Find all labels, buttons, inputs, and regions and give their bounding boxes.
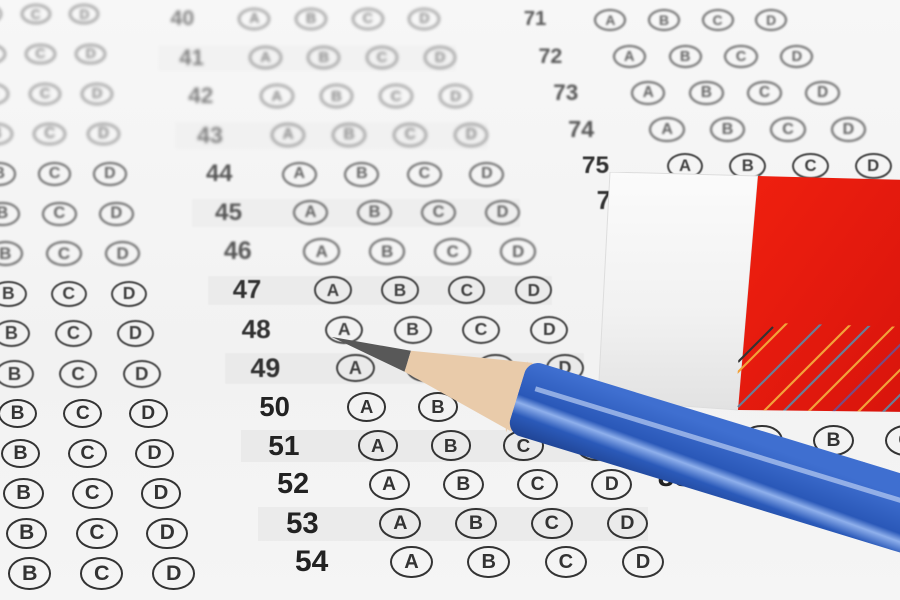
answer-bubble-b[interactable]: B: [344, 162, 379, 187]
partial-row: BCD: [0, 281, 147, 307]
partial-row: BCD: [0, 162, 127, 186]
question-number: 54: [266, 545, 328, 579]
answer-bubble-c[interactable]: C: [379, 84, 413, 108]
answer-bubble-b[interactable]: B: [307, 46, 340, 69]
answer-bubble-c[interactable]: C: [46, 241, 81, 266]
answer-bubble-d[interactable]: D: [141, 478, 182, 509]
answer-bubble-b[interactable]: B: [418, 392, 458, 422]
answer-bubble-c[interactable]: C: [59, 360, 97, 388]
answer-bubble-c[interactable]: C: [38, 162, 72, 186]
answer-bubble-d[interactable]: D: [515, 276, 552, 303]
question-row: 53ABCD: [258, 507, 648, 541]
answer-bubble-a[interactable]: A: [358, 430, 398, 460]
answer-bubble-b[interactable]: B: [0, 44, 6, 65]
answer-bubble-d[interactable]: D: [561, 392, 601, 422]
answer-bubble-d[interactable]: D: [805, 81, 839, 105]
answer-bubble-a[interactable]: A: [293, 200, 329, 226]
answer-bubble-d[interactable]: D: [152, 557, 195, 590]
partial-row: BCD: [0, 320, 154, 347]
answer-bubble-c[interactable]: C: [770, 117, 806, 143]
answer-bubble-d[interactable]: D: [500, 238, 537, 265]
partial-row: BCD: [0, 202, 134, 227]
answer-bubble-b[interactable]: B: [0, 360, 34, 388]
answer-bubble-c[interactable]: C: [352, 8, 384, 30]
answer-bubble-d[interactable]: D: [454, 123, 488, 147]
answer-bubble-b[interactable]: B: [381, 276, 418, 303]
answer-bubble-d[interactable]: D: [105, 241, 140, 266]
question-number: 41: [158, 45, 203, 71]
partial-row: BCD: [0, 241, 140, 266]
answer-bubble-b[interactable]: B: [834, 461, 877, 494]
question-row: 51ABCD: [241, 430, 616, 462]
answer-bubble-c[interactable]: C: [42, 202, 77, 227]
question-row: 52ABCD: [250, 468, 633, 501]
partial-row: BCD: [1, 439, 175, 469]
question-number: 48: [216, 314, 270, 345]
answer-bubble-d[interactable]: D: [129, 399, 168, 428]
answer-bubble-b[interactable]: B: [0, 162, 16, 186]
answer-bubble-b[interactable]: B: [0, 241, 23, 266]
answer-bubble-d[interactable]: D: [755, 9, 787, 31]
question-row: 48ABCD: [216, 314, 568, 345]
partial-row: BCD: [0, 4, 99, 24]
question-number: 74: [550, 116, 594, 143]
answer-bubble-a[interactable]: A: [379, 508, 421, 540]
partial-row: BCD: [0, 399, 168, 428]
answer-bubble-a[interactable]: A: [390, 546, 433, 579]
answer-bubble-c[interactable]: C: [407, 162, 442, 187]
answer-bubble-b[interactable]: B: [0, 320, 30, 347]
partial-row: BCD: [0, 44, 106, 65]
question-row: 46ABCD: [200, 237, 537, 266]
answer-bubble-c[interactable]: C: [68, 439, 108, 469]
answer-bubble-c[interactable]: C: [517, 469, 558, 500]
question-number: 83: [635, 460, 691, 494]
answer-bubble-c[interactable]: C: [33, 123, 66, 146]
answer-bubble-c[interactable]: C: [25, 44, 56, 65]
question-number: 53: [258, 507, 319, 541]
answer-bubble-b[interactable]: B: [0, 399, 37, 428]
answer-bubble-b[interactable]: B: [3, 478, 44, 509]
answer-bubble-a[interactable]: A: [347, 392, 387, 422]
answer-bubble-d[interactable]: D: [469, 162, 504, 187]
answer-bubble-b[interactable]: B: [357, 200, 393, 226]
answer-bubble-c[interactable]: C: [462, 316, 500, 344]
question-number: 73: [536, 80, 578, 106]
answer-bubble-a[interactable]: A: [631, 81, 665, 105]
answer-bubble-d[interactable]: D: [546, 354, 585, 383]
answer-bubble-c[interactable]: C: [702, 9, 734, 31]
answer-bubble-b[interactable]: B: [332, 123, 366, 147]
question-number: 71: [508, 8, 546, 31]
answer-bubble-c[interactable]: C: [503, 430, 543, 460]
answer-bubble-c[interactable]: C: [448, 276, 485, 303]
answer-bubble-a[interactable]: A: [649, 117, 685, 143]
answer-bubble-c[interactable]: C: [434, 238, 471, 265]
question-row: 73ABCD: [536, 80, 840, 106]
answer-bubble-a[interactable]: A: [594, 9, 626, 31]
answer-bubble-b[interactable]: B: [669, 45, 702, 68]
answer-bubble-a[interactable]: A: [336, 354, 375, 383]
answer-bubble-b[interactable]: B: [6, 518, 48, 550]
question-row: 54ABCD: [266, 545, 664, 579]
answer-bubble-b[interactable]: B: [0, 123, 13, 146]
question-row: 41ABCD: [158, 45, 456, 71]
question-number: 51: [241, 430, 299, 462]
answer-bubble-c[interactable]: C: [29, 83, 61, 105]
answer-bubble-a[interactable]: A: [238, 8, 270, 30]
answer-bubble-d[interactable]: D: [591, 469, 632, 500]
answer-bubble-c[interactable]: C: [885, 425, 900, 457]
answer-bubble-b[interactable]: B: [0, 202, 20, 227]
answer-bubble-d[interactable]: D: [87, 123, 120, 146]
partial-row: BCD: [0, 360, 161, 388]
answer-bubble-d[interactable]: D: [123, 360, 161, 388]
answer-bubble-a[interactable]: A: [613, 45, 646, 68]
question-row: 49ABCD: [225, 353, 585, 384]
answer-bubble-a[interactable]: A: [314, 276, 351, 303]
answer-bubble-d[interactable]: D: [408, 8, 440, 30]
question-row: 42ABCD: [167, 83, 473, 109]
question-number: 72: [522, 44, 562, 69]
answer-bubble-d[interactable]: D: [69, 4, 99, 24]
answer-bubble-b[interactable]: B: [689, 81, 723, 105]
answer-bubble-b[interactable]: B: [8, 557, 51, 590]
answer-bubble-c[interactable]: C: [366, 46, 399, 69]
partial-row: BCD: [3, 478, 181, 509]
question-row: 40ABCD: [150, 6, 440, 31]
question-number: 52: [250, 468, 310, 501]
answer-bubble-d[interactable]: D: [146, 518, 188, 550]
partial-row: BCD: [0, 123, 120, 146]
question-row: 72ABCD: [522, 44, 813, 69]
question-number: 43: [175, 122, 223, 149]
question-row: 43ABCD: [175, 122, 489, 149]
question-number: 44: [183, 160, 232, 188]
question-number: 42: [167, 83, 214, 109]
answer-bubble-b[interactable]: B: [0, 4, 2, 24]
question-number: 40: [150, 6, 194, 31]
question-number: 45: [192, 199, 243, 227]
answer-bubble-c[interactable]: C: [545, 546, 588, 579]
answer-bubble-b[interactable]: B: [394, 316, 432, 344]
answer-bubble-b[interactable]: B: [320, 84, 354, 108]
eraser: [598, 172, 900, 412]
answer-bubble-d[interactable]: D: [135, 439, 175, 469]
answer-bubble-c[interactable]: C: [80, 557, 123, 590]
answer-bubble-b[interactable]: B: [813, 425, 855, 457]
answer-bubble-a[interactable]: A: [260, 84, 294, 108]
answer-bubble-b[interactable]: B: [0, 281, 27, 307]
answer-bubble-a[interactable]: A: [325, 316, 363, 344]
partial-row: BCD: [6, 518, 188, 550]
answer-bubble-d[interactable]: D: [111, 281, 147, 307]
question-row: 83ABCD: [635, 460, 900, 494]
question-row: 47ABCD: [208, 276, 552, 305]
answer-bubble-c[interactable]: C: [63, 399, 102, 428]
answer-bubble-a[interactable]: A: [282, 162, 317, 187]
answer-bubble-d[interactable]: D: [485, 200, 521, 226]
answer-bubble-a[interactable]: A: [369, 469, 410, 500]
answer-bubble-b[interactable]: B: [0, 83, 9, 105]
answer-bubble-a[interactable]: A: [303, 238, 340, 265]
answer-bubble-d[interactable]: D: [780, 45, 813, 68]
answer-bubble-d[interactable]: D: [81, 83, 113, 105]
question-row: 71ABCD: [508, 8, 787, 31]
answer-bubble-d[interactable]: D: [99, 202, 134, 227]
partial-row: BCD: [8, 557, 195, 590]
answer-bubble-a[interactable]: A: [271, 123, 305, 147]
answer-bubble-d[interactable]: D: [607, 508, 649, 540]
answer-bubble-b[interactable]: B: [710, 117, 746, 143]
question-number: 46: [200, 237, 252, 266]
answer-bubble-c[interactable]: C: [21, 4, 51, 24]
answer-bubble-d[interactable]: D: [424, 46, 457, 69]
answer-bubble-c[interactable]: C: [476, 354, 515, 383]
answer-bubble-d[interactable]: D: [622, 546, 665, 579]
answer-bubble-b[interactable]: B: [467, 546, 510, 579]
answer-bubble-c[interactable]: C: [531, 508, 573, 540]
answer-bubble-c[interactable]: C: [76, 518, 118, 550]
answer-bubble-b[interactable]: B: [648, 9, 680, 31]
answer-bubble-c[interactable]: C: [421, 200, 457, 226]
answer-bubble-d[interactable]: D: [576, 430, 616, 460]
answer-bubble-d[interactable]: D: [831, 117, 867, 143]
answer-bubble-b[interactable]: B: [1, 439, 41, 469]
question-row: 82ABCD: [620, 424, 900, 457]
question-number: 50: [233, 391, 290, 423]
answer-bubble-d[interactable]: D: [439, 84, 473, 108]
question-number: 82: [620, 424, 674, 457]
answer-bubble-c[interactable]: C: [72, 478, 113, 509]
answer-bubble-c[interactable]: C: [724, 45, 757, 68]
answer-bubble-b[interactable]: B: [455, 508, 497, 540]
answer-bubble-d[interactable]: D: [117, 320, 154, 347]
answer-bubble-c[interactable]: C: [490, 392, 530, 422]
question-row: 50ABCD: [233, 391, 600, 423]
question-number: 49: [225, 353, 281, 384]
answer-bubble-c[interactable]: C: [747, 81, 781, 105]
answer-bubble-d[interactable]: D: [530, 316, 568, 344]
answer-bubble-c[interactable]: C: [55, 320, 92, 347]
answer-bubble-b[interactable]: B: [295, 8, 327, 30]
answer-bubble-b[interactable]: B: [369, 238, 406, 265]
answer-bubble-a[interactable]: A: [760, 461, 803, 494]
partial-row: BCD: [0, 83, 113, 105]
answer-bubble-b[interactable]: B: [406, 354, 445, 383]
answer-bubble-d[interactable]: D: [93, 162, 127, 186]
answer-bubble-c[interactable]: C: [51, 281, 87, 307]
answer-bubble-a[interactable]: A: [741, 425, 783, 457]
answer-bubble-d[interactable]: D: [75, 44, 106, 65]
question-row: 74ABCD: [550, 116, 866, 143]
question-row: 45ABCD: [192, 199, 521, 227]
answer-bubble-c[interactable]: C: [393, 123, 427, 147]
answer-bubble-b[interactable]: B: [431, 430, 471, 460]
answer-bubble-a[interactable]: A: [249, 46, 282, 69]
answer-bubble-b[interactable]: B: [443, 469, 484, 500]
question-number: 47: [208, 276, 261, 305]
question-row: 44ABCD: [183, 160, 504, 188]
